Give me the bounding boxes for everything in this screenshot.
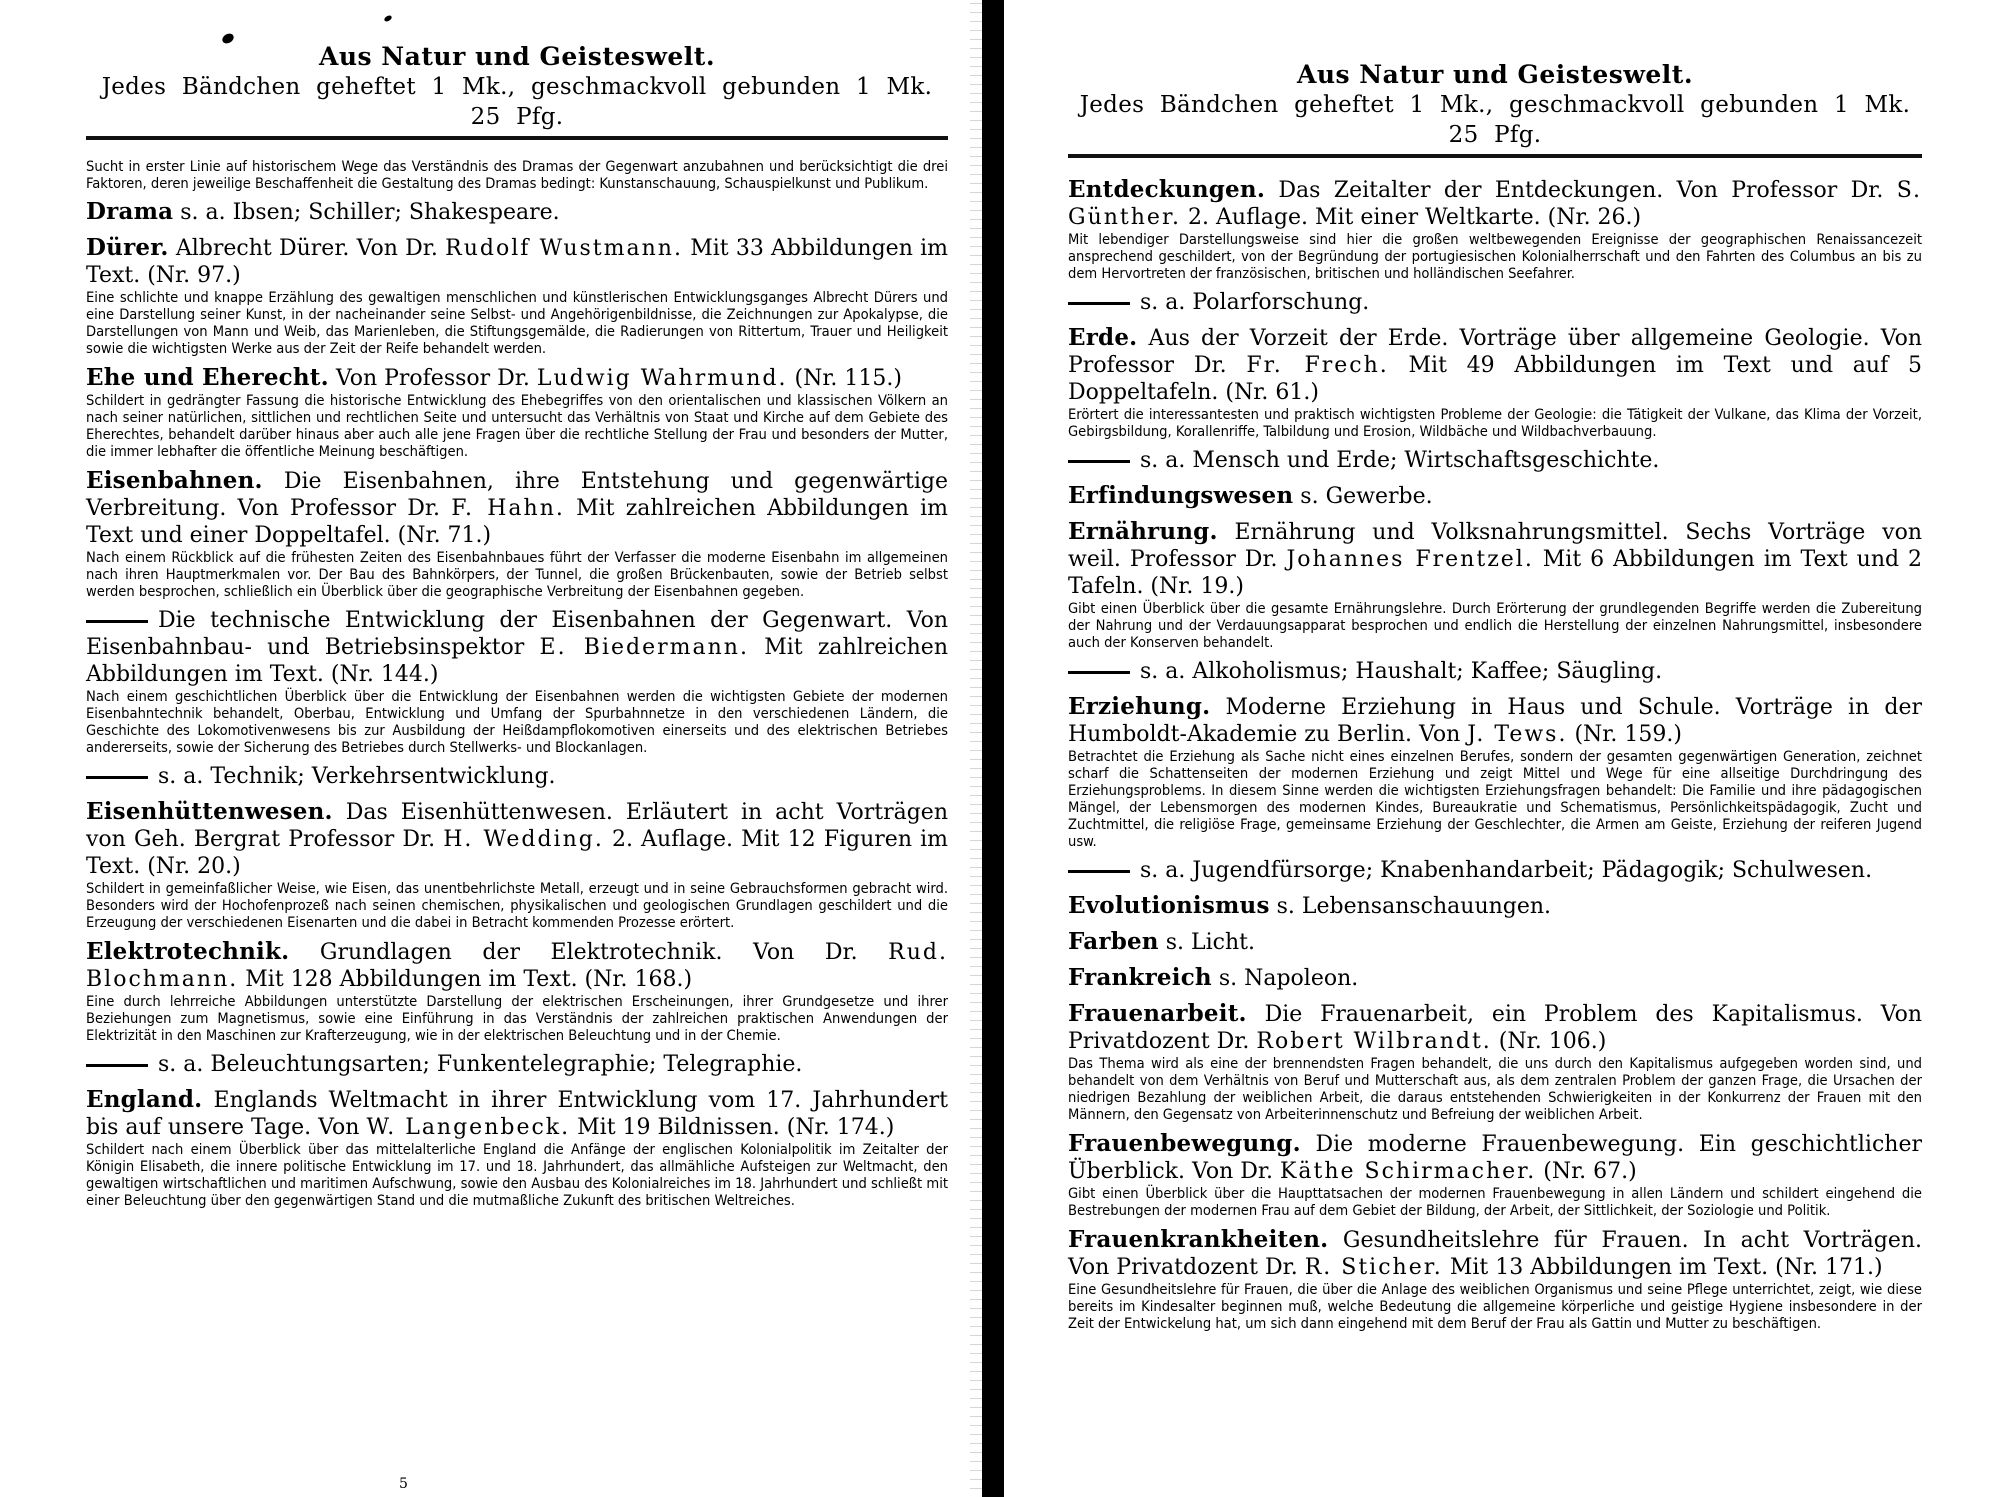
entry-keyword: Ernährung. [1068,518,1218,545]
entry-description: Eine durch lehrreiche Abbildungen unters… [86,993,948,1044]
entry-heading: England. Englands Weltmacht in ihrer Ent… [86,1086,948,1141]
catalog-entry: Frauenbewegung. Die moderne Frauenbewegu… [1068,1130,1922,1219]
entry-heading: Ernährung. Ernährung und Volksnahrungsmi… [1068,518,1922,600]
entry-keyword: Frankreich [1068,964,1212,991]
folio-mark: 5 [399,1476,408,1492]
catalog-entry: Eisenbahnen. Die Eisenbahnen, ihre Entst… [86,467,948,600]
series-title: Aus Natur und Geisteswelt. [1068,60,1922,90]
ditto-dash [86,1064,148,1067]
entry-description: Schildert in gedrängter Fassung die hist… [86,392,948,460]
entry-description: Nach einem Rückblick auf die frühesten Z… [86,549,948,600]
entry-description: Betrachtet die Erziehung als Sache nicht… [1068,748,1922,850]
book-author: Johannes Frentzel. [1286,547,1533,572]
ditto-dash [1068,671,1130,674]
intro-text: Sucht in erster Linie auf historischem W… [86,158,948,192]
catalog-entry: s. a. Alkoholismus; Haushalt; Kaffee; Sä… [1068,658,1922,686]
catalog-entry: s. a. Mensch und Erde; Wirtschaftsgeschi… [1068,447,1922,475]
entry-description: Schildert in gemeinfaßlicher Weise, wie … [86,880,948,931]
cross-reference-text: s. a. Jugendfürsorge; Knabenhandarbeit; … [1140,858,1872,883]
catalog-entry: England. Englands Weltmacht in ihrer Ent… [86,1086,948,1209]
entry-keyword: Erde. [1068,324,1137,351]
catalog-entry: Die technische Entwicklung der Eisenbahn… [86,607,948,756]
catalog-entry: Eisenhüttenwesen. Das Eisenhüttenwesen. … [86,798,948,931]
book-details: Mit 19 Bildnissen. (Nr. 174.) [577,1115,894,1140]
entry-description: Das Thema wird als eine der brennendsten… [1068,1055,1922,1123]
book-details: Mit 128 Abbildungen im Text. (Nr. 168.) [245,967,692,992]
book-title: Albrecht Dürer. Von Dr. [176,236,438,261]
entry-heading: Dürer. Albrecht Dürer. Von Dr. Rudolf Wu… [86,234,948,289]
book-details: (Nr. 67.) [1543,1159,1637,1184]
book-author: R. Sticher. [1305,1255,1443,1280]
entry-keyword: Erfindungswesen [1068,482,1293,509]
ditto-dash [1068,460,1130,463]
catalog-entry: Erziehung. Moderne Erziehung in Haus und… [1068,693,1922,850]
ditto-dash [1068,302,1130,305]
entry-keyword: Frauenarbeit. [1068,1000,1247,1027]
entry-keyword: Frauenbewegung. [1068,1130,1301,1157]
entry-heading: Entdeckungen. Das Zeitalter der Entdecku… [1068,176,1922,231]
dash-cross-reference: s. a. Technik; Verkehrsentwicklung. [86,763,948,791]
book-gutter [982,0,1004,1497]
entry-heading: Erziehung. Moderne Erziehung in Haus und… [1068,693,1922,748]
series-title: Aus Natur und Geisteswelt. [86,42,948,72]
entry-description: Gibt einen Überblick über die gesamte Er… [1068,600,1922,651]
entry-keyword: Ehe und Eherecht. [86,364,329,391]
book-details: 2. Auflage. Mit einer Weltkarte. (Nr. 26… [1188,205,1641,230]
entry-keyword: Eisenbahnen. [86,467,263,494]
price-line: Jedes Bändchen geheftet 1 Mk., geschmack… [1068,90,1922,150]
book-author: Fr. Frech. [1246,353,1388,378]
entry-keyword: Frauenkrankheiten. [1068,1226,1328,1253]
ditto-dash [86,776,148,779]
entry-heading: Die technische Entwicklung der Eisenbahn… [86,607,948,688]
entry-heading: Frauenarbeit. Die Frauenarbeit, ein Prob… [1068,1000,1922,1055]
catalog-entry: s. a. Polarforschung. [1068,289,1922,317]
catalog-entry: Entdeckungen. Das Zeitalter der Entdecku… [1068,176,1922,282]
catalog-entry: Evolutionismus s. Lebensanschauungen. [1068,892,1922,921]
cross-reference: Erfindungswesen s. Gewerbe. [1068,482,1922,511]
book-title: Grundlagen der Elektrotechnik. Von Dr. [320,940,858,965]
header-rule [1068,154,1922,158]
entry-keyword: Farben [1068,928,1159,955]
entry-keyword: Evolutionismus [1068,892,1270,919]
cross-reference: Drama s. a. Ibsen; Schiller; Shakespeare… [86,198,948,227]
cross-reference-text: s. Napoleon. [1219,966,1358,991]
catalog-entry: Erfindungswesen s. Gewerbe. [1068,482,1922,511]
entry-description: Gibt einen Überblick über die Haupttatsa… [1068,1185,1922,1219]
catalog-entry: Elektrotechnik. Grundlagen der Elektrote… [86,938,948,1044]
book-details: Mit 13 Abbildungen im Text. (Nr. 171.) [1450,1255,1883,1280]
cross-reference-text: s. a. Technik; Verkehrsentwicklung. [158,764,556,789]
catalog-entry: Ernährung. Ernährung und Volksnahrungsmi… [1068,518,1922,651]
price-line: Jedes Bändchen geheftet 1 Mk., geschmack… [86,72,948,132]
entry-heading: Frauenbewegung. Die moderne Frauenbewegu… [1068,1130,1922,1185]
entry-keyword: Erziehung. [1068,693,1210,720]
entry-heading: Eisenbahnen. Die Eisenbahnen, ihre Entst… [86,467,948,549]
book-author: J. Tews. [1467,722,1567,747]
cross-reference: Farben s. Licht. [1068,928,1922,957]
entry-description: Eine Gesundheitslehre für Frauen, die üb… [1068,1281,1922,1332]
book-author: Ludwig Wahrmund. [537,366,788,391]
dash-cross-reference: s. a. Polarforschung. [1068,289,1922,317]
entry-heading: Eisenhüttenwesen. Das Eisenhüttenwesen. … [86,798,948,880]
catalog-entry: Drama s. a. Ibsen; Schiller; Shakespeare… [86,198,948,227]
ditto-dash [1068,870,1130,873]
book-details: (Nr. 115.) [795,366,903,391]
book-details: (Nr. 159.) [1574,722,1682,747]
catalog-entry: Frankreich s. Napoleon. [1068,964,1922,993]
entry-keyword: Dürer. [86,234,169,261]
catalog-entry: s. a. Beleuchtungsarten; Funkentelegraph… [86,1051,948,1079]
cross-reference-text: s. Gewerbe. [1300,484,1432,509]
book-author: F. Hahn. [451,496,565,521]
book-author: Käthe Schirmacher. [1280,1159,1536,1184]
header-rule [86,136,948,140]
book-title: Von Professor Dr. [336,366,530,391]
catalog-entry: Frauenarbeit. Die Frauenarbeit, ein Prob… [1068,1000,1922,1123]
cross-reference-text: s. a. Polarforschung. [1140,290,1369,315]
dash-cross-reference: s. a. Mensch und Erde; Wirtschaftsgeschi… [1068,447,1922,475]
book-author: Robert Wilbrandt. [1256,1029,1491,1054]
cross-reference: Frankreich s. Napoleon. [1068,964,1922,993]
book-author: Rudolf Wustmann. [445,236,683,261]
cross-reference-text: s. a. Beleuchtungsarten; Funkentelegraph… [158,1052,802,1077]
catalog-entry: Frauenkrankheiten. Gesundheitslehre für … [1068,1226,1922,1332]
entry-description: Erörtert die interessantesten und prakti… [1068,406,1922,440]
entry-heading: Elektrotechnik. Grundlagen der Elektrote… [86,938,948,993]
entry-keyword: Entdeckungen. [1068,176,1265,203]
cross-reference-text: s. Lebensanschauungen. [1277,894,1551,919]
book-title: Das Zeitalter der Entdeckungen. Von Prof… [1278,178,1883,203]
entry-description: Nach einem geschichtlichen Überblick übe… [86,688,948,756]
book-details: (Nr. 106.) [1499,1029,1607,1054]
right-page: Aus Natur und Geisteswelt. Jedes Bändche… [1068,0,1922,1497]
book-author: W. Langenbeck. [366,1115,570,1140]
cross-reference: Evolutionismus s. Lebensanschauungen. [1068,892,1922,921]
cross-reference-text: s. Licht. [1166,930,1255,955]
catalog-entry: Erde. Aus der Vorzeit der Erde. Vorträge… [1068,324,1922,440]
entry-heading: Erde. Aus der Vorzeit der Erde. Vorträge… [1068,324,1922,406]
catalog-entry: Ehe und Eherecht. Von Professor Dr. Ludw… [86,364,948,460]
catalog-entry: Dürer. Albrecht Dürer. Von Dr. Rudolf Wu… [86,234,948,357]
entry-heading: Ehe und Eherecht. Von Professor Dr. Ludw… [86,364,948,392]
entry-list: Entdeckungen. Das Zeitalter der Entdecku… [1068,176,1922,1332]
dash-cross-reference: s. a. Beleuchtungsarten; Funkentelegraph… [86,1051,948,1079]
gutter-shadow [970,0,982,1497]
entry-keyword: Eisenhüttenwesen. [86,798,333,825]
dash-cross-reference: s. a. Jugendfürsorge; Knabenhandarbeit; … [1068,857,1922,885]
book-author: H. Wedding. [443,827,604,852]
cross-reference-text: s. a. Ibsen; Schiller; Shakespeare. [180,200,559,225]
entry-description: Schildert nach einem Überblick über das … [86,1141,948,1209]
entry-description: Eine schlichte und knappe Erzählung des … [86,289,948,357]
left-page: Aus Natur und Geisteswelt. Jedes Bändche… [86,0,948,1497]
catalog-entry: s. a. Jugendfürsorge; Knabenhandarbeit; … [1068,857,1922,885]
entry-heading: Frauenkrankheiten. Gesundheitslehre für … [1068,1226,1922,1281]
entry-description: Mit lebendiger Darstellungsweise sind hi… [1068,231,1922,282]
book-author: E. Biedermann. [540,635,749,660]
catalog-entry: s. a. Technik; Verkehrsentwicklung. [86,763,948,791]
catalog-entry: Farben s. Licht. [1068,928,1922,957]
entry-keyword: England. [86,1086,202,1113]
entry-keyword: Drama [86,198,173,225]
entry-keyword: Elektrotechnik. [86,938,289,965]
cross-reference-text: s. a. Alkoholismus; Haushalt; Kaffee; Sä… [1140,659,1662,684]
ditto-dash [86,620,148,623]
entry-list: Drama s. a. Ibsen; Schiller; Shakespeare… [86,198,948,1209]
cross-reference-text: s. a. Mensch und Erde; Wirtschaftsgeschi… [1140,448,1659,473]
dash-cross-reference: s. a. Alkoholismus; Haushalt; Kaffee; Sä… [1068,658,1922,686]
